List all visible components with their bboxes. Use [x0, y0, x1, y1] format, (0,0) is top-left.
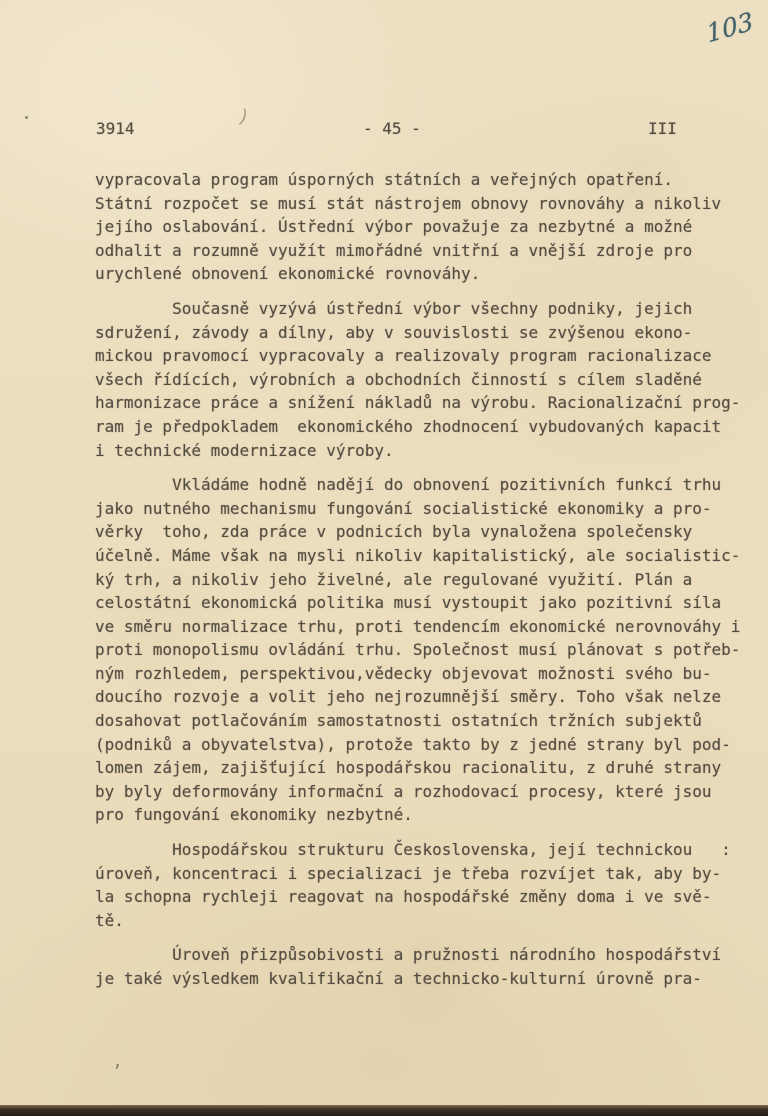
text-line: (podniků a obyvatelstva), protože takto … — [95, 733, 757, 757]
text-line: úroveň, koncentraci i specializaci je tř… — [95, 862, 757, 886]
text-line: ram je předpokladem ekonomického zhodnoc… — [95, 415, 757, 439]
paper-speck — [25, 116, 28, 119]
document-number: 3914 — [96, 119, 135, 138]
text-line: mickou pravomocí vypracovaly a realizova… — [95, 344, 757, 368]
handwritten-page-annotation: 103 — [704, 7, 755, 49]
text-line: Hospodářskou strukturu Československa, j… — [95, 838, 757, 862]
text-line: celostátní ekonomická politika musí vyst… — [95, 591, 757, 615]
text-line: vypracovala program úsporných státních a… — [95, 168, 757, 192]
section-numeral: III — [648, 119, 677, 138]
text-line: by byly deformovány informační a rozhodo… — [95, 780, 757, 804]
scanned-document-page: 103 ) 3914 - 45 - III vypracovala progra… — [0, 0, 768, 1116]
text-line: ký trh, a nikoliv jeho živelné, ale regu… — [95, 568, 757, 592]
text-line: účelně. Máme však na mysli nikoliv kapit… — [95, 544, 757, 568]
text-line: urychlené obnovení ekonomické rovnováhy. — [95, 262, 757, 286]
document-body: vypracovala program úsporných státních a… — [95, 168, 757, 1002]
text-line: je také výsledkem kvalifikační a technic… — [95, 967, 757, 991]
text-line: Úroveň přizpůsobivosti a pružnosti národ… — [95, 943, 757, 967]
paragraph: Vkládáme hodně nadějí do obnovení poziti… — [95, 473, 757, 827]
paragraph: vypracovala program úsporných státních a… — [95, 168, 757, 286]
paragraph: Současně vyzývá ústřední výbor všechny p… — [95, 297, 757, 462]
pencil-check-mark: ) — [235, 105, 253, 129]
text-line: i technické modernizace výroby. — [95, 439, 757, 463]
paragraph: Hospodářskou strukturu Československa, j… — [95, 838, 757, 932]
scan-edge-shadow — [0, 1105, 768, 1116]
text-line: Současně vyzývá ústřední výbor všechny p… — [95, 297, 757, 321]
paragraph: Úroveň přizpůsobivosti a pružnosti národ… — [95, 943, 757, 990]
text-line: doucího rozvoje a volit jeho nejrozumněj… — [95, 685, 757, 709]
text-line: dosahovat potlačováním samostatnosti ost… — [95, 709, 757, 733]
text-line: sdružení, závody a dílny, aby v souvislo… — [95, 321, 757, 345]
text-line: ve směru normalizace trhu, proti tendenc… — [95, 615, 757, 639]
text-line: ným rozhledem, perspektivou,vědecky obje… — [95, 662, 757, 686]
text-line: odhalit a rozumně využít mimořádné vnitř… — [95, 239, 757, 263]
text-line: jejího oslabování. Ústřední výbor považu… — [95, 215, 757, 239]
text-line: všech řídících, výrobních a obchodních č… — [95, 368, 757, 392]
text-line: Vkládáme hodně nadějí do obnovení poziti… — [95, 473, 757, 497]
text-line: harmonizace práce a snížení nákladů na v… — [95, 391, 757, 415]
text-line: Státní rozpočet se musí stát nástrojem o… — [95, 192, 757, 216]
text-line: jako nutného mechanismu fungování social… — [95, 497, 757, 521]
stray-ink-mark: ’ — [112, 1062, 122, 1082]
text-line: lomen zájem, zajišťující hospodářskou ra… — [95, 756, 757, 780]
text-line: tě. — [95, 909, 757, 933]
page-number: - 45 - — [363, 119, 421, 138]
text-line: pro fungování ekonomiky nezbytné. — [95, 803, 757, 827]
text-line: věrky toho, zda práce v podnicích byla v… — [95, 520, 757, 544]
text-line: la schopna rychleji reagovat na hospodář… — [95, 885, 757, 909]
text-line: proti monopolismu ovládání trhu. Společn… — [95, 638, 757, 662]
